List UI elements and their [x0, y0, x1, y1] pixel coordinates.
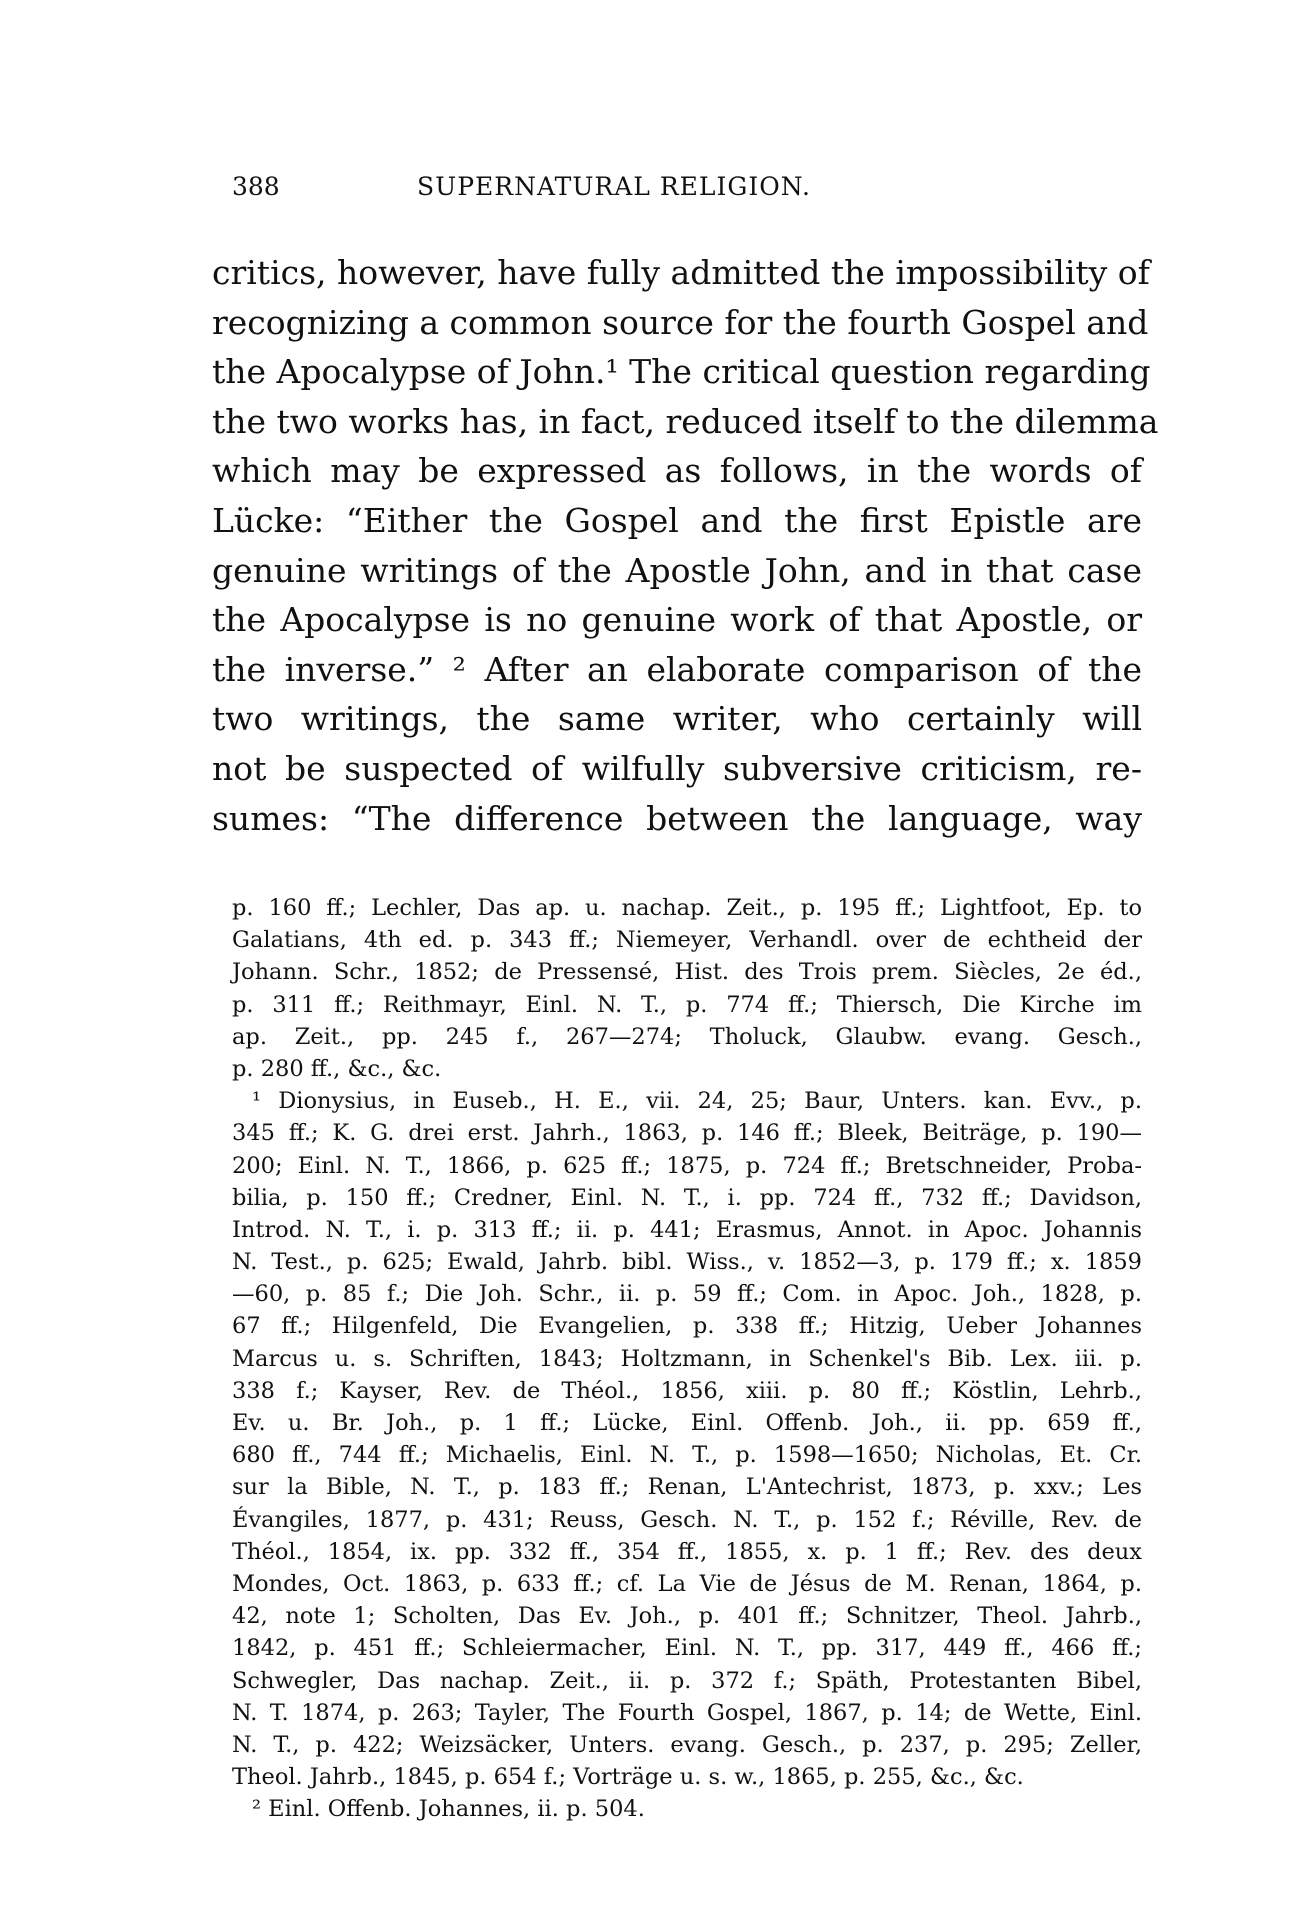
- footnote-line: Marcus u. s. Schriften, 1843; Holtzmann,…: [232, 1343, 1142, 1375]
- page-number: 388: [232, 172, 280, 201]
- footnote-line: 200; Einl. N. T., 1866, p. 625 ff.; 1875…: [232, 1150, 1142, 1182]
- main-text: critics, however, have fully admitted th…: [212, 248, 1142, 843]
- body-line: sumes: “The difference between the langu…: [212, 794, 1142, 844]
- footnote-line: —60, p. 85 f.; Die Joh. Schr., ii. p. 59…: [232, 1278, 1142, 1310]
- body-line: genuine writings of the Apostle John, an…: [212, 546, 1142, 596]
- body-line: critics, however, have fully admitted th…: [212, 248, 1142, 298]
- footnote-line: Theol. Jahrb., 1845, p. 654 f.; Vorträge…: [232, 1761, 1142, 1793]
- body-line: the Apocalypse of John.¹ The critical qu…: [212, 347, 1142, 397]
- body-line: two writings, the same writer, who certa…: [212, 694, 1142, 744]
- footnote-line: 338 f.; Kayser, Rev. de Théol., 1856, xi…: [232, 1375, 1142, 1407]
- footnote-line: 345 ff.; K. G. drei erst. Jahrh., 1863, …: [232, 1117, 1142, 1149]
- footnote-line: ap. Zeit., pp. 245 f., 267—274; Tholuck,…: [232, 1021, 1142, 1053]
- footnote-line: bilia, p. 150 ff.; Credner, Einl. N. T.,…: [232, 1182, 1142, 1214]
- footnote-line: 42, note 1; Scholten, Das Ev. Joh., p. 4…: [232, 1600, 1142, 1632]
- footnote-line: p. 311 ff.; Reithmayr, Einl. N. T., p. 7…: [232, 989, 1142, 1021]
- footnote-2: ² Einl. Offenb. Johannes, ii. p. 504.: [232, 1793, 1142, 1825]
- footnote-line: 680 ff., 744 ff.; Michaelis, Einl. N. T.…: [232, 1439, 1142, 1471]
- footnote-line: sur la Bible, N. T., p. 183 ff.; Renan, …: [232, 1471, 1142, 1503]
- footnote-line: ¹ Dionysius, in Euseb., H. E., vii. 24, …: [232, 1085, 1142, 1117]
- footnote-line: N. Test., p. 625; Ewald, Jahrb. bibl. Wi…: [232, 1246, 1142, 1278]
- footnote-line: Johann. Schr., 1852; de Pressensé, Hist.…: [232, 956, 1142, 988]
- footnote-line: p. 280 ff., &c., &c.: [232, 1053, 1142, 1085]
- body-line: not be suspected of wilfully subversive …: [212, 744, 1142, 794]
- footnote-line: Introd. N. T., i. p. 313 ff.; ii. p. 441…: [232, 1214, 1142, 1246]
- body-line: the Apocalypse is no genuine work of tha…: [212, 595, 1142, 645]
- footnote-line: 1842, p. 451 ff.; Schleiermacher, Einl. …: [232, 1632, 1142, 1664]
- footnote-1: ¹ Dionysius, in Euseb., H. E., vii. 24, …: [232, 1085, 1142, 1793]
- running-head: 388 SUPERNATURAL RELIGION.: [232, 172, 1152, 212]
- footnote-line: Théol., 1854, ix. pp. 332 ff., 354 ff., …: [232, 1536, 1142, 1568]
- body-line: which may be expressed as follows, in th…: [212, 446, 1142, 496]
- running-title: SUPERNATURAL RELIGION.: [417, 172, 811, 201]
- footnote-line: 67 ff.; Hilgenfeld, Die Evangelien, p. 3…: [232, 1310, 1142, 1342]
- body-line: recognizing a common source for the four…: [212, 298, 1142, 348]
- footnote-continued: p. 160 ff.; Lechler, Das ap. u. nachap. …: [232, 892, 1142, 1085]
- footnote-line: N. T., p. 422; Weizsäcker, Unters. evang…: [232, 1729, 1142, 1761]
- footnote-line: ² Einl. Offenb. Johannes, ii. p. 504.: [232, 1793, 1142, 1825]
- body-line: the two works has, in fact, reduced itse…: [212, 397, 1142, 447]
- footnote-line: Schwegler, Das nachap. Zeit., ii. p. 372…: [232, 1665, 1142, 1697]
- footnote-line: p. 160 ff.; Lechler, Das ap. u. nachap. …: [232, 892, 1142, 924]
- footnotes: p. 160 ff.; Lechler, Das ap. u. nachap. …: [232, 892, 1142, 1825]
- body-line: Lücke: “Either the Gospel and the first …: [212, 496, 1142, 546]
- book-page: 388 SUPERNATURAL RELIGION. critics, howe…: [0, 0, 1292, 1925]
- footnote-line: Mondes, Oct. 1863, p. 633 ff.; cf. La Vi…: [232, 1568, 1142, 1600]
- footnote-line: Évangiles, 1877, p. 431; Reuss, Gesch. N…: [232, 1504, 1142, 1536]
- body-line: the inverse.” ² After an elaborate compa…: [212, 645, 1142, 695]
- footnote-line: Galatians, 4th ed. p. 343 ff.; Niemeyer,…: [232, 924, 1142, 956]
- footnote-line: N. T. 1874, p. 263; Tayler, The Fourth G…: [232, 1697, 1142, 1729]
- footnote-line: Ev. u. Br. Joh., p. 1 ff.; Lücke, Einl. …: [232, 1407, 1142, 1439]
